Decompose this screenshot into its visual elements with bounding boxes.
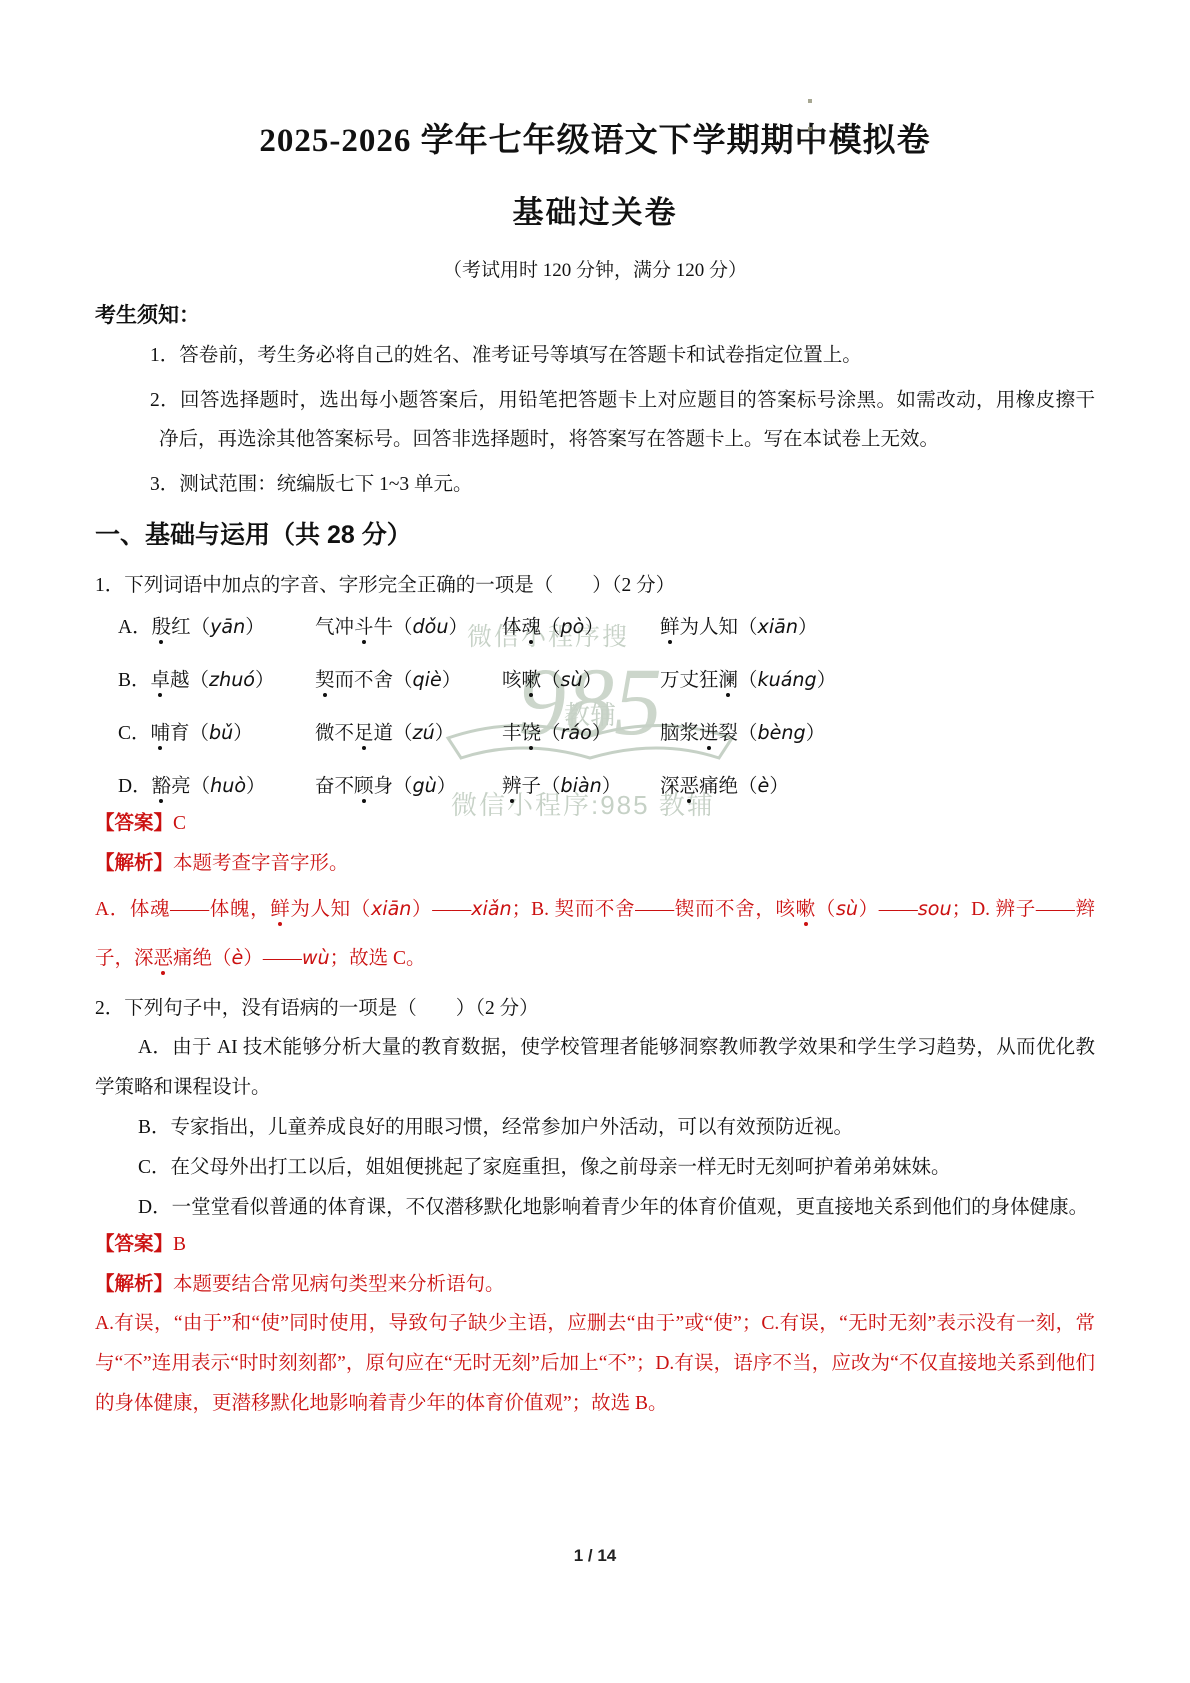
page-subtitle: 基础过关卷 (95, 192, 1095, 234)
q1-option-c-word-4: 脑浆迸裂（bèng） (660, 719, 1095, 748)
q1-option-d-word-4: 深恶痛绝（è） (660, 772, 1095, 801)
q1-option-a-word-4: 鲜为人知（xiān） (660, 613, 1095, 642)
exam-page: 微信小程序搜 985 教辅 微信小程序:985 教辅 2025-2026 学年七… (0, 0, 1190, 1424)
watermark-985-logo: 985 教辅 (430, 636, 750, 786)
exam-duration-info: （考试用时 120 分钟，满分 120 分） (95, 258, 1095, 284)
question-1-stem: 1．下列词语中加点的字音、字形完全正确的一项是（ ）（2 分） (95, 572, 1095, 599)
page-number: 1 / 14 (0, 1546, 1190, 1566)
question-2-stem: 2．下列句子中，没有语病的一项是（ ）（2 分） (95, 995, 1095, 1022)
notice-item-2: 2．回答选择题时，选出每小题答案后，用铅笔把答题卡上对应题目的答案标号涂黑。如需… (95, 381, 1095, 459)
q2-analysis-detail: A.有误，“由于”和“使”同时使用，导致句子缺少主语，应删去“由于”或“使”；C… (95, 1304, 1095, 1424)
q2-option-c: C．在父母外出打工以后，姐姐便挑起了家庭重担，像之前母亲一样无时无刻呵护着弟弟妹… (95, 1148, 1095, 1188)
answer-label: 【答案】 (95, 813, 173, 834)
q1-option-a-word-2: 气冲斗牛（dǒu） (315, 613, 502, 642)
q1-option-b: B．卓越（zhuó） 契而不舍（qiè） 咳嗽（sù） 万丈狂澜（kuáng） (95, 666, 1095, 695)
q1-option-c-word-3: 丰饶（ráo） (502, 719, 660, 748)
q1-option-b-word-1: B．卓越（zhuó） (118, 666, 315, 695)
q1-option-b-word-2: 契而不舍（qiè） (315, 666, 502, 695)
q1-answer-line: 【答案】C (95, 809, 1095, 839)
q2-analysis-text: 本题要结合常见病句类型来分析语句。 (173, 1274, 505, 1295)
q1-option-a: A．殷红（yān） 气冲斗牛（dǒu） 体魂（pò） 鲜为人知（xiān） (95, 613, 1095, 642)
q1-analysis-detail: A．体魂——体魄，鲜为人知（xiān）——xiǎn；B. 契而不舍——锲而不舍，… (95, 885, 1095, 983)
q2-option-a: A．由于 AI 技术能够分析大量的教育数据，使学校管理者能够洞察教师教学效果和学… (95, 1028, 1095, 1108)
page-title: 2025-2026 学年七年级语文下学期期中模拟卷 (95, 118, 1095, 164)
q1-option-d-word-3: 辨子（biàn） (502, 772, 660, 801)
scan-artifact-dot (808, 99, 812, 103)
q2-option-d: D．一堂堂看似普通的体育课，不仅潜移默化地影响着青少年的体育价值观，更直接地关系… (95, 1188, 1095, 1228)
q2-answer-value: B (173, 1234, 186, 1255)
answer-label: 【答案】 (95, 1234, 173, 1255)
notice-item-3: 3．测试范围：统编版七下 1~3 单元。 (95, 465, 1095, 504)
q1-answer-value: C (173, 813, 186, 834)
q1-option-b-word-4: 万丈狂澜（kuáng） (660, 666, 1095, 695)
q1-option-d-word-2: 奋不顾身（gù） (315, 772, 502, 801)
q1-option-b-word-3: 咳嗽（sù） (502, 666, 660, 695)
notice-heading: 考生须知： (95, 302, 1095, 330)
scan-artifact-dot (808, 127, 812, 131)
q1-option-c: C．哺育（bǔ） 微不足道（zú） 丰饶（ráo） 脑浆迸裂（bèng） (95, 719, 1095, 748)
analysis-label: 【解析】 (95, 853, 173, 874)
q2-answer-line: 【答案】B (95, 1230, 1095, 1260)
notice-item-1: 1．答卷前，考生务必将自己的姓名、准考证号等填写在答题卡和试卷指定位置上。 (95, 336, 1095, 375)
q1-option-d-word-1: D．豁亮（huò） (118, 772, 315, 801)
section-1-heading: 一、基础与运用（共 28 分） (95, 518, 1095, 552)
q2-analysis-line: 【解析】本题要结合常见病句类型来分析语句。 (95, 1270, 1095, 1300)
q1-analysis-line: 【解析】本题考查字音字形。 (95, 849, 1095, 879)
analysis-label: 【解析】 (95, 1274, 173, 1295)
q1-option-d: D．豁亮（huò） 奋不顾身（gù） 辨子（biàn） 深恶痛绝（è） (95, 772, 1095, 801)
q1-option-c-word-2: 微不足道（zú） (315, 719, 502, 748)
q1-option-c-word-1: C．哺育（bǔ） (118, 719, 315, 748)
q1-analysis-text: 本题考查字音字形。 (173, 853, 349, 874)
q1-option-a-word-3: 体魂（pò） (502, 613, 660, 642)
q2-option-b: B．专家指出，儿童养成良好的用眼习惯，经常参加户外活动，可以有效预防近视。 (95, 1108, 1095, 1148)
q1-option-a-word-1: A．殷红（yān） (118, 613, 315, 642)
